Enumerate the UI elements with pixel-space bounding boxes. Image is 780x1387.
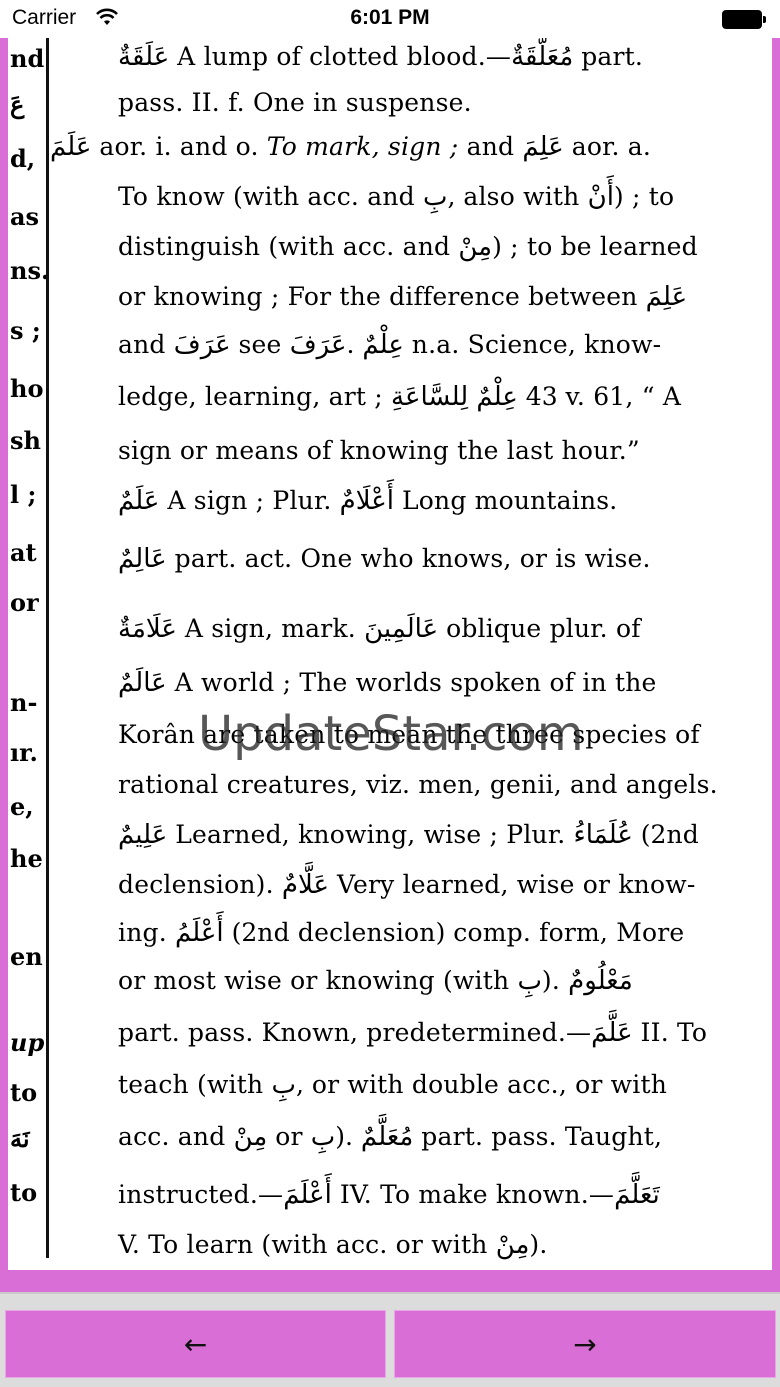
english-text: aor. a. — [564, 132, 651, 161]
arabic-word: عَلَامَةٌ — [118, 614, 177, 644]
left-column-fragment: n- — [10, 688, 37, 717]
arabic-word: أَعْلَمَ — [283, 1180, 332, 1210]
english-text: aor. i. and o. — [91, 132, 266, 161]
english-text: 43 v. 61, “ A — [518, 382, 681, 411]
arabic-word: مِنْ — [458, 232, 492, 262]
dictionary-page[interactable]: ndعَd,asns.s ;hoshl ;atorn-ır.e,heenupto… — [8, 38, 772, 1270]
arabic-word: عَلَمٌ — [118, 486, 159, 516]
english-text: A sign ; Plur. — [159, 486, 339, 515]
text-line: sign or means of knowing the last hour.” — [118, 436, 640, 465]
english-text: or most wise or knowing (with — [118, 966, 517, 995]
english-text: instructed.— — [118, 1180, 283, 1209]
arabic-word: مُعَلَّقَةٌ — [511, 42, 573, 72]
reader-frame: ndعَd,asns.s ;hoshl ;atorn-ır.e,heenupto… — [0, 38, 780, 1292]
text-line: To know (with acc. and بِ, also with أَن… — [118, 182, 674, 212]
text-line: and عَرَفَ see عَرَفَ. عِلْمٌ n.a. Scien… — [118, 330, 661, 360]
english-text: , or with double acc., or with — [296, 1070, 667, 1099]
left-column-fragment: ır. — [10, 738, 38, 767]
english-text: , also with — [447, 182, 587, 211]
arabic-word: عَالِمٌ — [118, 544, 167, 574]
arabic-word: عَرَفَ — [290, 330, 347, 360]
english-text: (2nd declension) comp. form, More — [224, 918, 685, 947]
arabic-word: أَنْ — [588, 182, 614, 212]
left-column-fragment: nd — [10, 44, 44, 73]
arabic-word: بِ — [271, 1070, 295, 1100]
left-column-fragment: to — [10, 1078, 37, 1107]
text-line: عَلَمٌ A sign ; Plur. أَعْلَامٌ Long mou… — [118, 486, 617, 516]
english-text: or knowing ; For the difference between — [118, 282, 646, 311]
english-text: (2nd — [633, 820, 699, 849]
english-text: declension). — [118, 870, 282, 899]
left-column-fragment: up — [10, 1028, 44, 1057]
column-divider — [46, 38, 49, 1258]
english-text: rational creatures, viz. men, genii, and… — [118, 770, 718, 799]
english-text: Very learned, wise or know- — [329, 870, 695, 899]
arabic-word: تَعَلَّمَ — [614, 1180, 660, 1210]
text-line: ing. أَعْلَمُ (2nd declension) comp. for… — [118, 918, 684, 948]
next-page-button[interactable]: → — [394, 1310, 776, 1378]
text-line: instructed.—أَعْلَمَ IV. To make known.—… — [118, 1180, 660, 1210]
english-text: part. pass. Known, predetermined.— — [118, 1018, 591, 1047]
text-line: ledge, learning, art ; عِلْمٌ لِلسَّاعَة… — [118, 382, 681, 412]
text-line: rational creatures, viz. men, genii, and… — [118, 770, 718, 799]
left-column-fragment: en — [10, 942, 43, 971]
english-text: Long mountains. — [394, 486, 617, 515]
arabic-word: أَعْلَامٌ — [340, 486, 394, 516]
english-text: acc. and — [118, 1122, 234, 1151]
text-line: acc. and مِنْ or بِ). مُعَلَّمٌ part. pa… — [118, 1122, 662, 1152]
page-nav-toolbar: ← → — [0, 1292, 780, 1387]
arrow-left-icon: ← — [184, 1328, 207, 1361]
left-column-fragment: as — [10, 202, 39, 231]
text-line: عَالَمٌ A world ; The worlds spoken of i… — [118, 668, 657, 698]
arabic-word: عَلِمَ — [646, 282, 687, 312]
english-text: or — [267, 1122, 311, 1151]
left-column-fragment: to — [10, 1178, 37, 1207]
english-text: IV. To make known.— — [332, 1180, 614, 1209]
left-column-fragment: or — [10, 588, 39, 617]
italic-gloss: To mark, sign ; — [267, 132, 459, 161]
arabic-word: عَلِمَ — [522, 132, 563, 162]
english-text: ). — [542, 966, 568, 995]
previous-column-fragment: ndعَd,asns.s ;hoshl ;atorn-ır.e,heenupto… — [8, 38, 48, 1270]
text-line: part. pass. Known, predetermined.—عَلَّم… — [118, 1018, 707, 1048]
english-text: V. To learn (with acc. or with — [118, 1230, 496, 1259]
arabic-word: عِلْمٌ لِلسَّاعَةِ — [391, 382, 518, 412]
left-column-fragment: نَهَ — [10, 1124, 30, 1153]
text-line: عَلَقَةٌ A lump of clotted blood.—مُعَلَ… — [118, 42, 643, 72]
left-column-fragment: ho — [10, 374, 43, 403]
english-text: sign or means of knowing the last hour.” — [118, 436, 640, 465]
english-text: A lump of clotted blood.— — [169, 42, 511, 71]
arabic-word: عَالَمِينَ — [364, 614, 438, 644]
arabic-word: بِ — [311, 1122, 335, 1152]
arabic-word: مِنْ — [234, 1122, 268, 1152]
english-text: oblique plur. of — [438, 614, 641, 643]
text-line: عَالِمٌ part. act. One who knows, or is … — [118, 544, 651, 574]
battery-icon — [722, 10, 766, 29]
status-bar: Carrier 6:01 PM — [0, 0, 780, 38]
english-text: . — [347, 330, 363, 359]
text-line: عَلَامَةٌ A sign, mark. عَالَمِينَ obliq… — [118, 614, 641, 644]
left-column-fragment: d, — [10, 144, 35, 173]
previous-page-button[interactable]: ← — [5, 1310, 386, 1378]
text-line: V. To learn (with acc. or with مِنْ). — [118, 1230, 548, 1260]
english-text: ) ; to be learned — [492, 232, 698, 261]
english-text: teach (with — [118, 1070, 271, 1099]
english-text: pass. II. f. One in suspense. — [118, 88, 472, 117]
english-text: Learned, knowing, wise ; Plur. — [167, 820, 573, 849]
text-line: or most wise or knowing (with بِ). مَعْل… — [118, 966, 633, 996]
text-line: عَلِيمٌ Learned, knowing, wise ; Plur. ع… — [118, 820, 699, 850]
english-text: To know (with acc. and — [118, 182, 423, 211]
left-column-fragment: عَ — [10, 90, 24, 119]
left-column-fragment: at — [10, 538, 37, 567]
arabic-word: بِ — [423, 182, 447, 212]
english-text: ledge, learning, art ; — [118, 382, 391, 411]
left-column-fragment: ns. — [10, 256, 49, 285]
english-text: distinguish (with acc. and — [118, 232, 458, 261]
clock: 6:01 PM — [0, 6, 780, 30]
english-text: part. pass. Taught, — [413, 1122, 662, 1151]
text-line: عَلَمَ aor. i. and o. To mark, sign ; an… — [50, 132, 651, 162]
text-line: declension). عَلَّامٌ Very learned, wise… — [118, 870, 695, 900]
arrow-right-icon: → — [573, 1328, 596, 1361]
arabic-word: عَلَّمَ — [591, 1018, 632, 1048]
text-line: teach (with بِ, or with double acc., or … — [118, 1070, 667, 1100]
english-text: A world ; The worlds spoken of in the — [167, 668, 657, 697]
arabic-word: عَلَقَةٌ — [118, 42, 169, 72]
text-line: or knowing ; For the difference between … — [118, 282, 687, 312]
left-column-fragment: sh — [10, 426, 41, 455]
left-column-fragment: s ; — [10, 316, 41, 345]
arabic-word: بِ — [517, 966, 541, 996]
left-column-fragment: l ; — [10, 480, 36, 509]
english-text: ing. — [118, 918, 175, 947]
arabic-word: مُعَلَّمٌ — [361, 1122, 413, 1152]
arabic-word: عَرَفَ — [174, 330, 231, 360]
watermark: UpdateStar.com — [198, 706, 584, 762]
arabic-word: مِنْ — [496, 1230, 530, 1260]
arabic-word: أَعْلَمُ — [175, 918, 224, 948]
arabic-word: عَالَمٌ — [118, 668, 167, 698]
arabic-word: عَلَّامٌ — [282, 870, 329, 900]
arabic-word: مَعْلُومٌ — [568, 966, 633, 996]
english-text: and — [458, 132, 522, 161]
english-text: ). — [335, 1122, 361, 1151]
text-line: pass. II. f. One in suspense. — [118, 88, 472, 117]
arabic-word: عُلَمَاءُ — [574, 820, 633, 850]
english-text: n.a. Science, know- — [404, 330, 661, 359]
english-text: and — [118, 330, 174, 359]
english-text: part. act. One who knows, or is wise. — [167, 544, 651, 573]
text-line: distinguish (with acc. and مِنْ) ; to be… — [118, 232, 698, 262]
english-text: II. To — [633, 1018, 708, 1047]
english-text: part. — [573, 42, 643, 71]
english-text: see — [231, 330, 290, 359]
left-column-fragment: e, — [10, 792, 34, 821]
arabic-word: عَلَمَ — [50, 132, 91, 162]
english-text: ). — [529, 1230, 547, 1259]
arabic-word: عَلِيمٌ — [118, 820, 167, 850]
english-text: A sign, mark. — [177, 614, 364, 643]
english-text: ) ; to — [614, 182, 674, 211]
arabic-word: عِلْمٌ — [362, 330, 403, 360]
left-column-fragment: he — [10, 844, 43, 873]
